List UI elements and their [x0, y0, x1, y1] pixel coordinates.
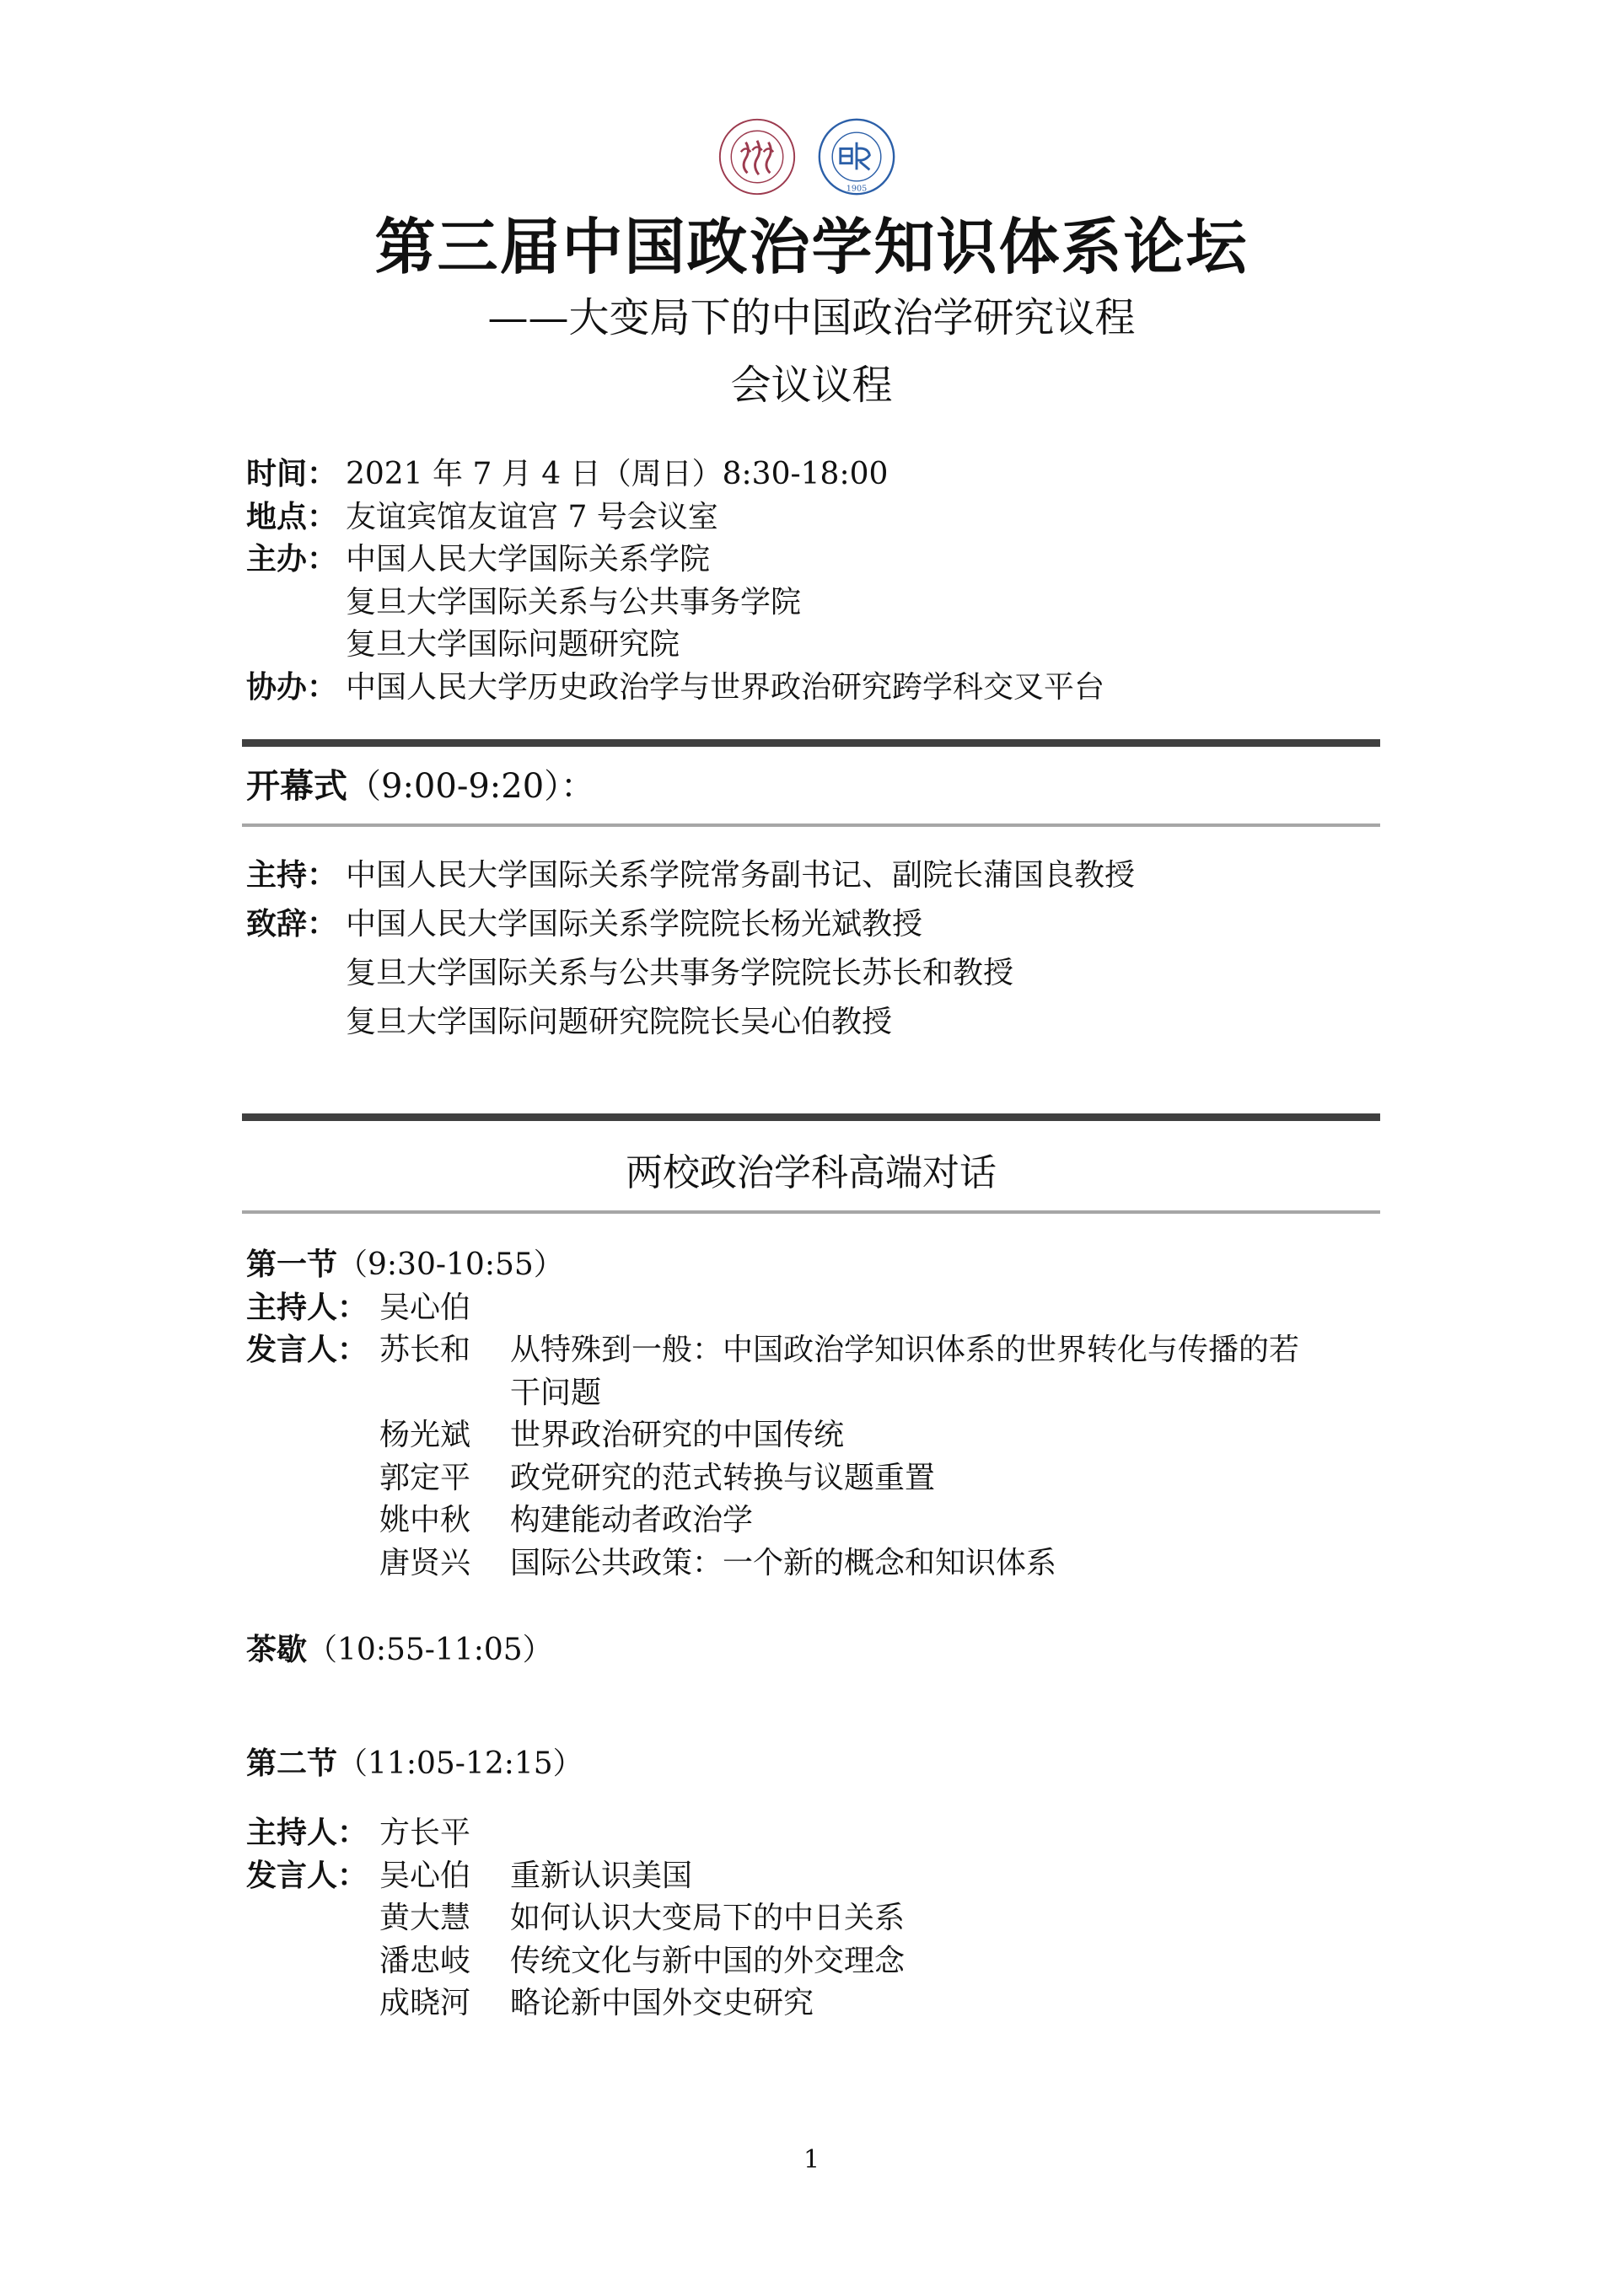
speech-row: 复旦大学国际问题研究院院长吴心伯教授 [246, 998, 1135, 1047]
opening-heading-time: （9:00-9:20）： [347, 767, 594, 806]
speaker-name: 唐贤兴 [379, 1542, 510, 1585]
speaker-row: 发言人： 吴心伯 重新认识美国 [246, 1855, 1336, 1898]
speaker-row: 姚中秋 构建能动者政治学 [246, 1499, 1336, 1542]
host-row: 复旦大学国际问题研究院 [246, 624, 1104, 667]
chair-value: 中国人民大学国际关系学院常务副书记、副院长蒲国良教授 [346, 851, 1135, 900]
event-info: 时间： 2021 年 7 月 4 日（周日）8:30-18:00 地点： 友谊宾… [246, 453, 1104, 709]
time-value: 2021 年 7 月 4 日（周日）8:30-18:00 [346, 453, 888, 496]
dialogue-title: 两校政治学科高端对话 [242, 1148, 1380, 1199]
chair-name: 方长平 [379, 1812, 470, 1855]
speaker-topic: 从特殊到一般：中国政治学知识体系的世界转化与传播的若干问题 [510, 1329, 1303, 1414]
speaker-topic: 如何认识大变局下的中日关系 [510, 1897, 1336, 1940]
speaker-name: 杨光斌 [379, 1414, 510, 1457]
tea-break-time: （10:55-11:05） [307, 1629, 553, 1672]
fudan-university-seal-icon: 1905 [816, 116, 897, 197]
speaker-topic: 略论新中国外交史研究 [510, 1982, 1336, 2025]
speech-row: 复旦大学国际关系与公共事务学院院长苏长和教授 [246, 949, 1135, 998]
session-label: 第二节 [246, 1743, 337, 1786]
opening-details: 主持： 中国人民大学国际关系学院常务副书记、副院长蒲国良教授 致辞： 中国人民大… [246, 851, 1135, 1047]
time-label: 时间： [246, 453, 346, 496]
session-time: （9:30-10:55） [337, 1244, 564, 1287]
speaker-row: 杨光斌 世界政治研究的中国传统 [246, 1414, 1336, 1457]
chair-label: 主持： [246, 851, 346, 900]
speaker-row: 郭定平 政党研究的范式转换与议题重置 [246, 1457, 1336, 1500]
session-time: （11:05-12:15） [337, 1743, 583, 1786]
speaker-topic: 重新认识美国 [510, 1855, 1336, 1898]
speaker-topic: 政党研究的范式转换与议题重置 [510, 1457, 1336, 1500]
speaker-name: 郭定平 [379, 1457, 510, 1500]
opening-heading-label: 开幕式 [246, 767, 347, 806]
host-value: 复旦大学国际关系与公共事务学院 [346, 582, 801, 625]
speaker-name: 姚中秋 [379, 1499, 510, 1542]
host-value: 复旦大学国际问题研究院 [346, 624, 680, 667]
opening-chair-row: 主持： 中国人民大学国际关系学院常务副书记、副院长蒲国良教授 [246, 851, 1135, 900]
co-host-row: 协办： 中国人民大学历史政治学与世界政治研究跨学科交叉平台 [246, 667, 1104, 710]
opening-heading: 开幕式（9:00-9:20）： [246, 763, 594, 810]
svg-text:1905: 1905 [846, 184, 867, 193]
page-number: 1 [0, 2145, 1623, 2175]
chair-name: 吴心伯 [379, 1287, 470, 1330]
speaker-name: 成晓河 [379, 1982, 510, 2025]
speaker-topic: 国际公共政策：一个新的概念和知识体系 [510, 1542, 1336, 1585]
speech-label: 致辞： [246, 900, 346, 949]
section-divider-thin [242, 823, 1380, 827]
speech-value: 复旦大学国际问题研究院院长吴心伯教授 [346, 998, 892, 1047]
session-1: 第一节（9:30-10:55） 主持人： 吴心伯 发言人： 苏长和 从特殊到一般… [246, 1244, 1336, 1585]
speaker-row: 黄大慧 如何认识大变局下的中日关系 [246, 1897, 1336, 1940]
speech-row: 致辞： 中国人民大学国际关系学院院长杨光斌教授 [246, 900, 1135, 949]
host-label: 主办： [246, 539, 346, 582]
chair-label: 主持人： [246, 1287, 379, 1330]
co-host-value: 中国人民大学历史政治学与世界政治研究跨学科交叉平台 [346, 667, 1104, 710]
renmin-university-seal-icon [717, 116, 798, 197]
speaker-row: 成晓河 略论新中国外交史研究 [246, 1982, 1336, 2025]
speaker-name: 吴心伯 [379, 1855, 510, 1898]
venue-row: 地点： 友谊宾馆友谊宫 7 号会议室 [246, 496, 1104, 539]
speaker-topic: 世界政治研究的中国传统 [510, 1414, 1336, 1457]
session-2-details: 主持人： 方长平 发言人： 吴心伯 重新认识美国 黄大慧 如何认识大变局下的中日… [246, 1812, 1336, 2025]
speakers-label: 发言人： [246, 1855, 379, 1898]
co-host-label: 协办： [246, 667, 346, 710]
university-logos: 1905 [717, 116, 911, 197]
session-heading: 第一节（9:30-10:55） [246, 1244, 1336, 1287]
speech-value: 中国人民大学国际关系学院院长杨光斌教授 [346, 900, 922, 949]
session-chair-row: 主持人： 吴心伯 [246, 1287, 1336, 1330]
section-divider-thick [242, 1113, 1380, 1121]
speaker-row: 发言人： 苏长和 从特殊到一般：中国政治学知识体系的世界转化与传播的若干问题 [246, 1329, 1336, 1414]
session-2: 第二节（11:05-12:15） [246, 1743, 583, 1786]
venue-value: 友谊宾馆友谊宫 7 号会议室 [346, 496, 718, 539]
conference-title: 第三届中国政治学知识体系论坛 [0, 209, 1623, 285]
speaker-topic: 构建能动者政治学 [510, 1499, 1336, 1542]
host-row: 主办： 中国人民大学国际关系学院 [246, 539, 1104, 582]
agenda-heading: 会议议程 [0, 358, 1623, 412]
speaker-topic: 传统文化与新中国的外交理念 [510, 1940, 1336, 1983]
chair-label: 主持人： [246, 1812, 379, 1855]
speaker-name: 黄大慧 [379, 1897, 510, 1940]
tea-break-label: 茶歇 [246, 1629, 307, 1672]
speaker-name: 潘忠岐 [379, 1940, 510, 1983]
speech-value: 复旦大学国际关系与公共事务学院院长苏长和教授 [346, 949, 1013, 998]
host-row: 复旦大学国际关系与公共事务学院 [246, 582, 1104, 625]
speaker-row: 唐贤兴 国际公共政策：一个新的概念和知识体系 [246, 1542, 1336, 1585]
speaker-name: 苏长和 [379, 1329, 510, 1414]
tea-break: 茶歇（10:55-11:05） [246, 1629, 553, 1672]
session-heading: 第二节（11:05-12:15） [246, 1743, 583, 1786]
venue-label: 地点： [246, 496, 346, 539]
session-label: 第一节 [246, 1244, 337, 1287]
section-divider-thick [242, 739, 1380, 747]
conference-subtitle: ——大变局下的中国政治学研究议程 [0, 291, 1623, 345]
session-chair-row: 主持人： 方长平 [246, 1812, 1336, 1855]
host-value: 中国人民大学国际关系学院 [346, 539, 710, 582]
speakers-label: 发言人： [246, 1329, 379, 1414]
section-divider-thin [242, 1210, 1380, 1214]
speaker-row: 潘忠岐 传统文化与新中国的外交理念 [246, 1940, 1336, 1983]
time-row: 时间： 2021 年 7 月 4 日（周日）8:30-18:00 [246, 453, 1104, 496]
